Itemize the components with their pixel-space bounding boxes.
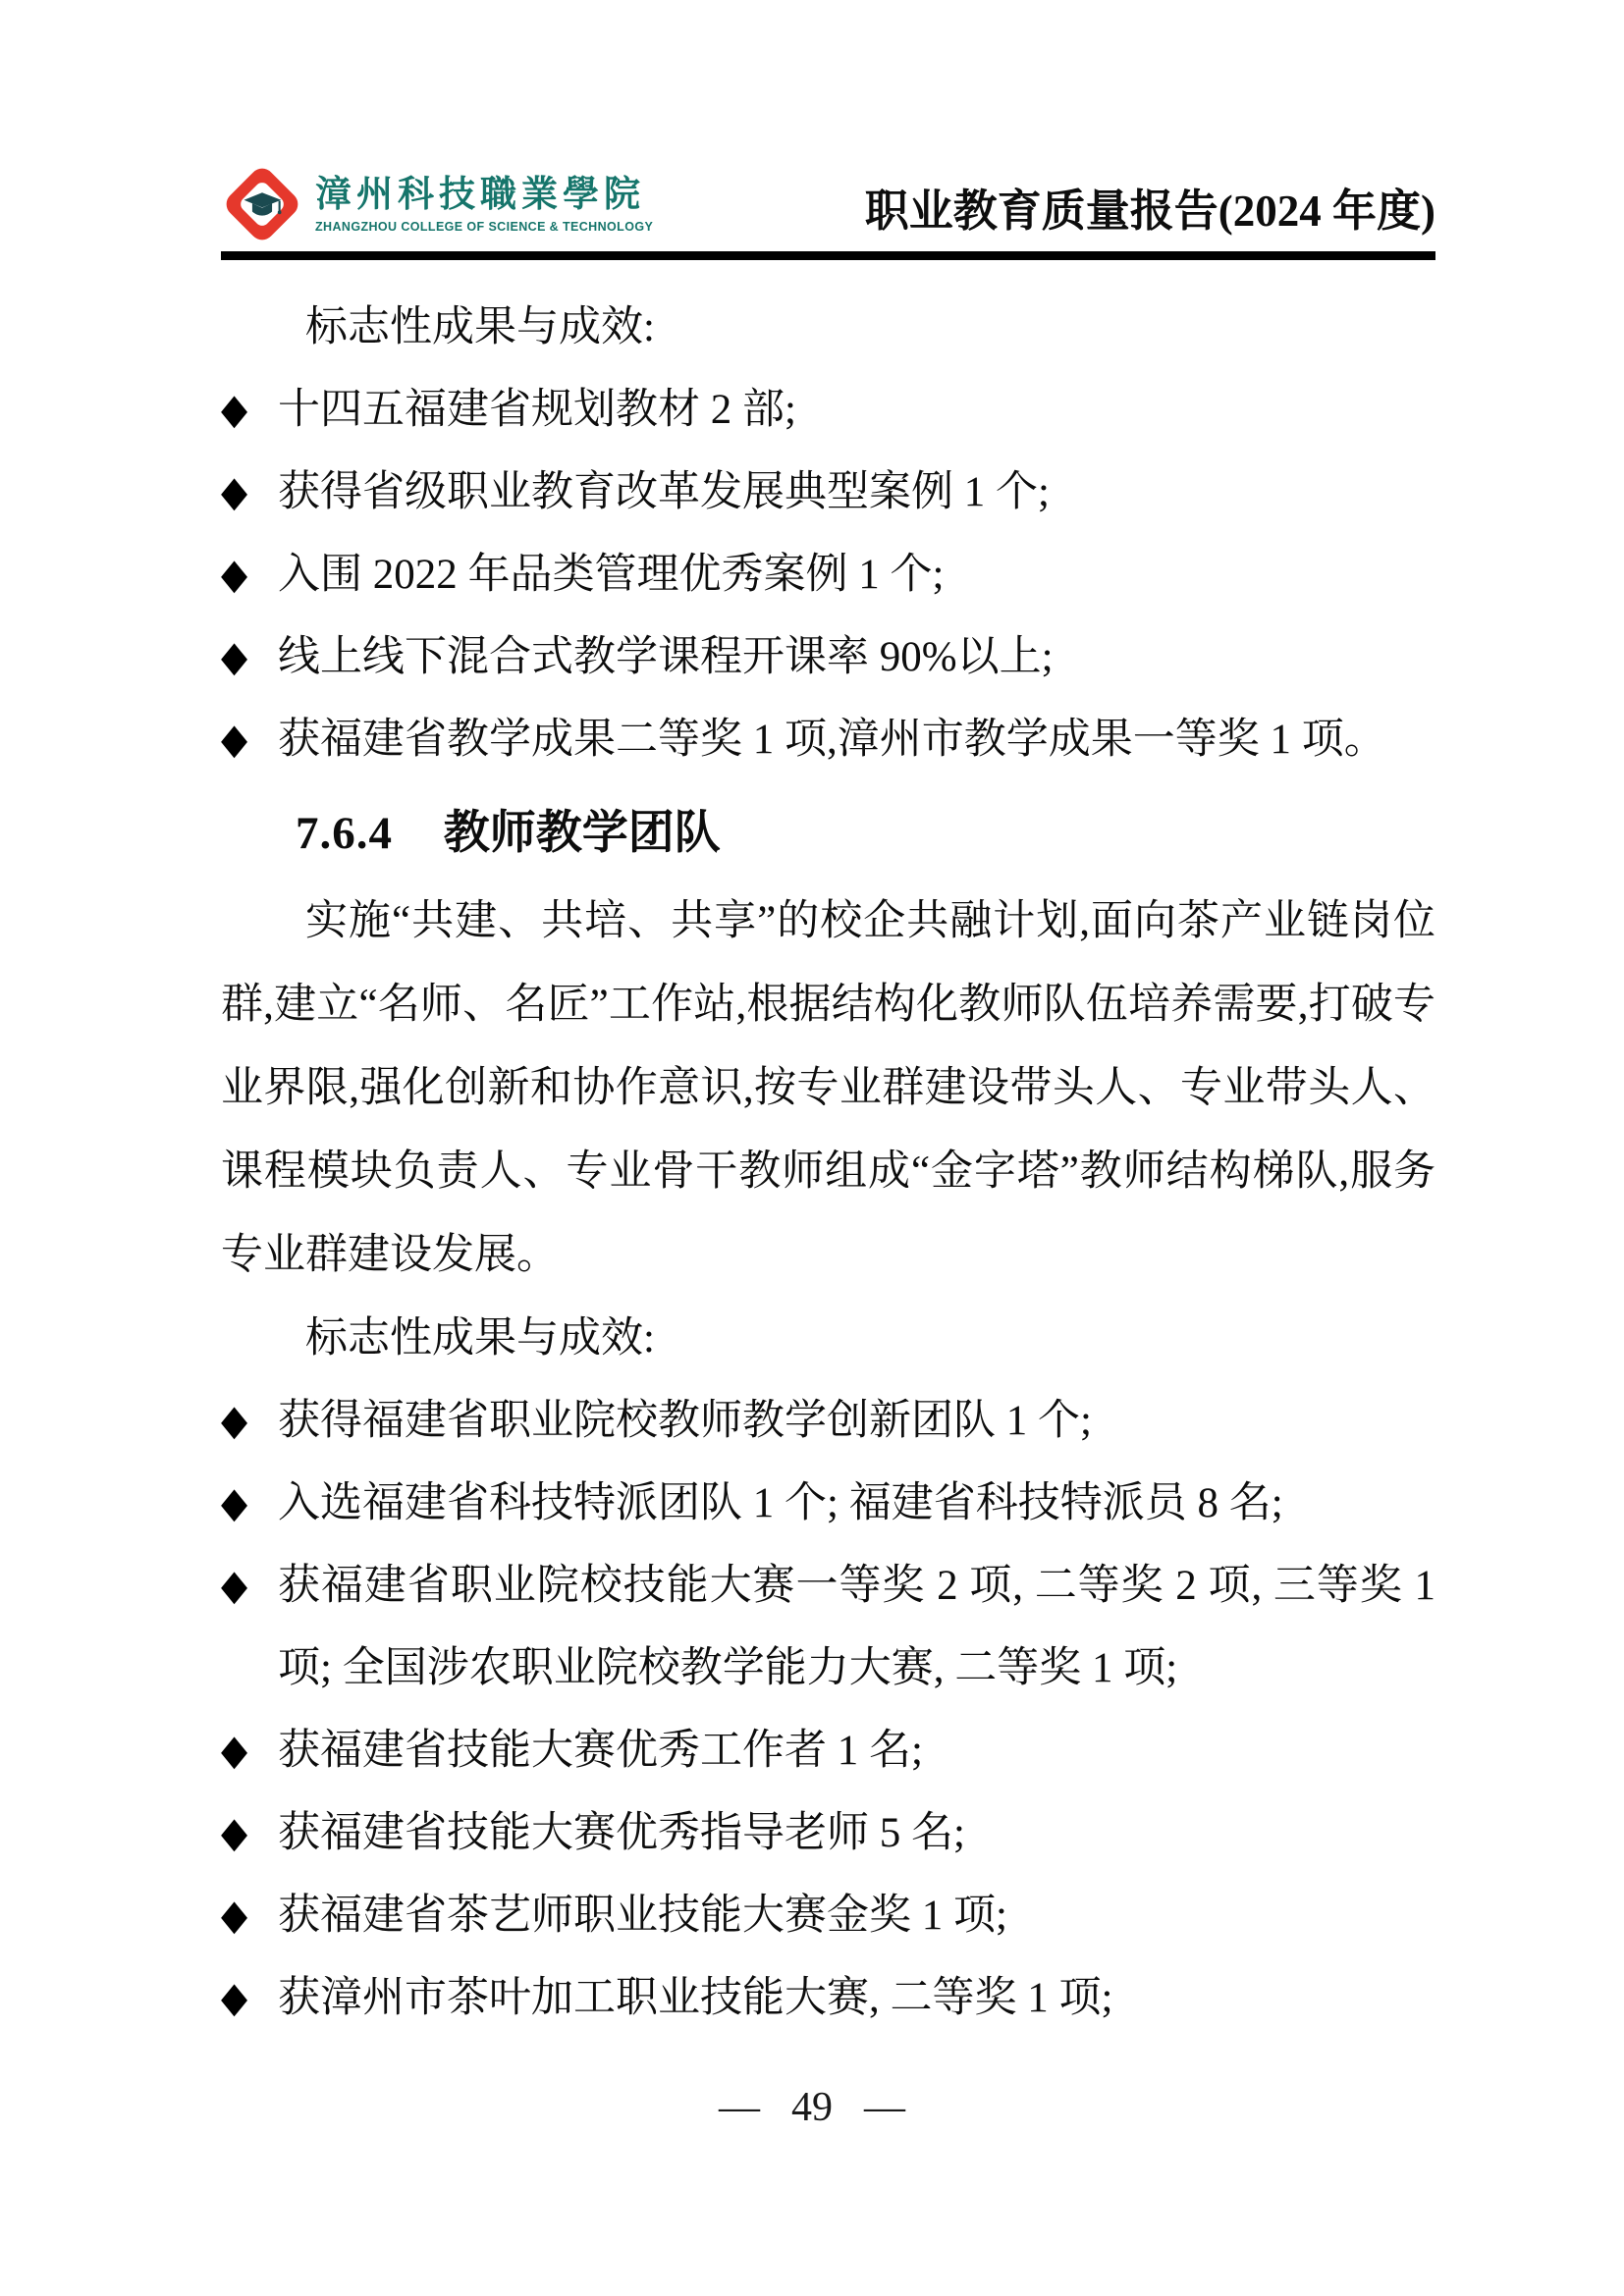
achievement-text: 十四五福建省规划教材 2 部; (278, 387, 796, 433)
section-number: 7.6.4 (296, 808, 393, 859)
achievement-item: ◆ 获福建省职业院校技能大赛一等奖 2 项, 二等奖 2 项, 三等奖 1 项;… (221, 1545, 1435, 1710)
graduation-cap-diamond-icon (221, 163, 303, 245)
page-footer: —49— (0, 2073, 1624, 2142)
diamond-bullet-icon: ◆ (221, 452, 247, 534)
achievement-item: ◆ 获福建省教学成果二等奖 1 项,漳州市教学成果一等奖 1 项。 (221, 699, 1435, 781)
footer-dash-right: — (864, 2085, 905, 2130)
achievement-text: 获福建省职业院校技能大赛一等奖 2 项, 二等奖 2 项, 三等奖 1 项; 全… (278, 1563, 1435, 1691)
page-header: 漳州科技職業學院 ZHANGZHOU COLLEGE OF SCIENCE & … (221, 0, 1435, 245)
diamond-bullet-icon: ◆ (221, 1875, 247, 1957)
diamond-bullet-icon: ◆ (221, 1957, 247, 2040)
achievement-item: ◆ 入选福建省科技特派团队 1 个; 福建省科技特派员 8 名; (221, 1463, 1435, 1545)
achievement-text: 入选福建省科技特派团队 1 个; 福建省科技特派员 8 名; (278, 1480, 1283, 1526)
diamond-bullet-icon: ◆ (221, 699, 247, 781)
section-paragraph: 实施“共建、共培、共享”的校企共融计划,面向茶产业链岗位群,建立“名师、名匠”工… (221, 880, 1435, 1297)
report-body: 标志性成果与成效: ◆ 十四五福建省规划教材 2 部; ◆ 获得省级职业教育改革… (221, 286, 1435, 2040)
footer-dash-left: — (719, 2085, 760, 2130)
header-rule (221, 251, 1435, 260)
achievement-text: 获福建省技能大赛优秀工作者 1 名; (278, 1728, 923, 1774)
college-name-cn: 漳州科技職業學院 (315, 175, 653, 217)
achievement-text: 获漳州市茶叶加工职业技能大赛, 二等奖 1 项; (278, 1975, 1112, 2021)
diamond-bullet-icon: ◆ (221, 1463, 247, 1545)
diamond-bullet-icon: ◆ (221, 1545, 247, 1628)
diamond-bullet-icon: ◆ (221, 1710, 247, 1792)
achievement-text: 获得福建省职业院校教师教学创新团队 1 个; (278, 1398, 1092, 1444)
achievement-item: ◆ 线上线下混合式教学课程开课率 90%以上; (221, 616, 1435, 699)
college-name-en: ZHANGZHOU COLLEGE OF SCIENCE & TECHNOLOG… (315, 220, 653, 234)
achievement-text: 获福建省茶艺师职业技能大赛金奖 1 项; (278, 1893, 1007, 1939)
page-number: 49 (791, 2085, 833, 2130)
intro-label: 标志性成果与成效: (221, 286, 1435, 369)
diamond-bullet-icon: ◆ (221, 1792, 247, 1875)
achievement-list-1: ◆ 十四五福建省规划教材 2 部; ◆ 获得省级职业教育改革发展典型案例 1 个… (221, 369, 1435, 781)
diamond-bullet-icon: ◆ (221, 616, 247, 699)
achievement-text: 获福建省教学成果二等奖 1 项,漳州市教学成果一等奖 1 项。 (278, 717, 1386, 763)
achievement-text: 获福建省技能大赛优秀指导老师 5 名; (278, 1810, 965, 1856)
achievement-item: ◆ 获漳州市茶叶加工职业技能大赛, 二等奖 1 项; (221, 1957, 1435, 2040)
report-title: 职业教育质量报告(2024 年度) (865, 189, 1435, 245)
diamond-bullet-icon: ◆ (221, 1380, 247, 1463)
college-logo-text: 漳州科技職業學院 ZHANGZHOU COLLEGE OF SCIENCE & … (315, 175, 653, 234)
college-logo: 漳州科技職業學院 ZHANGZHOU COLLEGE OF SCIENCE & … (221, 163, 653, 245)
achievement-text: 线上线下混合式教学课程开课率 90%以上; (278, 634, 1054, 680)
section-title: 教师教学团队 (444, 808, 721, 859)
achievement-text: 获得省级职业教育改革发展典型案例 1 个; (278, 469, 1050, 515)
achievement-text: 入围 2022 年品类管理优秀案例 1 个; (278, 552, 944, 598)
achievement-item: ◆ 获福建省茶艺师职业技能大赛金奖 1 项; (221, 1875, 1435, 1957)
diamond-bullet-icon: ◆ (221, 369, 247, 452)
section-heading: 7.6.4 教师教学团队 (221, 787, 1435, 880)
achievement-item: ◆ 获得省级职业教育改革发展典型案例 1 个; (221, 452, 1435, 534)
achievement-item: ◆ 十四五福建省规划教材 2 部; (221, 369, 1435, 452)
achievement-item: ◆ 获得福建省职业院校教师教学创新团队 1 个; (221, 1380, 1435, 1463)
results-label: 标志性成果与成效: (221, 1297, 1435, 1380)
achievement-list-2: ◆ 获得福建省职业院校教师教学创新团队 1 个; ◆ 入选福建省科技特派团队 1… (221, 1380, 1435, 2040)
achievement-item: ◆ 获福建省技能大赛优秀工作者 1 名; (221, 1710, 1435, 1792)
document-page: 漳州科技職業學院 ZHANGZHOU COLLEGE OF SCIENCE & … (0, 0, 1624, 2296)
achievement-item: ◆ 入围 2022 年品类管理优秀案例 1 个; (221, 534, 1435, 616)
achievement-item: ◆ 获福建省技能大赛优秀指导老师 5 名; (221, 1792, 1435, 1875)
diamond-bullet-icon: ◆ (221, 534, 247, 616)
